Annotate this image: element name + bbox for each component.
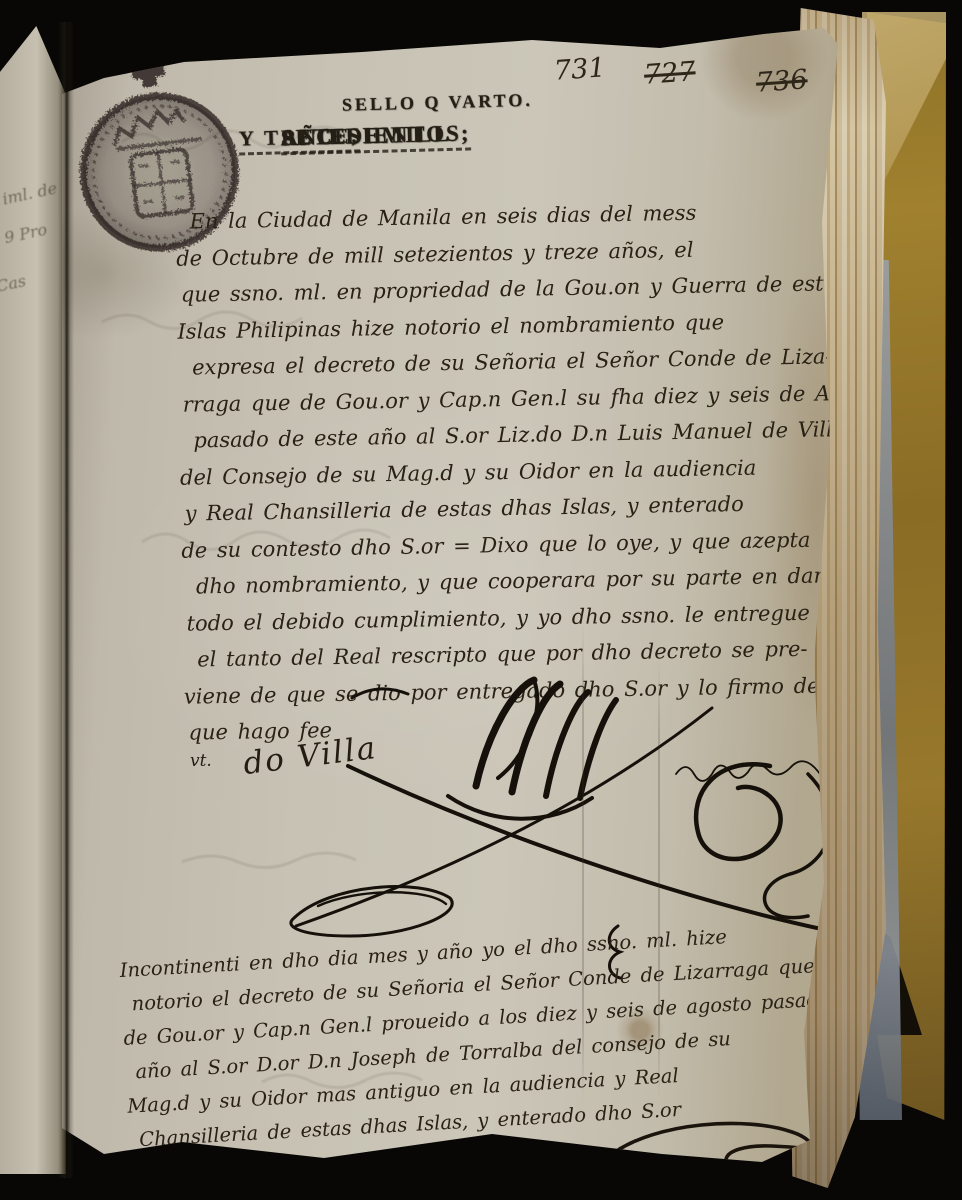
manuscript-photo: iml. de 9 Pro Cas — [0, 0, 962, 1200]
page-crease — [582, 622, 584, 1102]
book-gutter-shadow — [58, 22, 74, 1178]
facing-page-text-fragment: Cas — [0, 271, 28, 296]
folio-number-crossed: 727 — [643, 56, 697, 91]
folio-number-crossed: 736 — [755, 64, 809, 99]
facing-page-text-fragment: iml. de — [1, 178, 59, 208]
facing-page-sliver: iml. de 9 Pro Cas — [0, 26, 66, 1174]
notary-signature-abbrev: vt. — [190, 751, 212, 771]
page-crease — [658, 662, 660, 1102]
facing-page-text-fragment: 9 Pro — [2, 220, 48, 248]
manuscript-page: SELLO Q VARTO. AÑO DEMILL SETESIENTOS; Y… — [62, 22, 838, 1178]
folio-number-current: 731 — [553, 52, 607, 87]
main-entry-paragraph: En la Ciudad de Manila en seis dias del … — [175, 192, 840, 751]
